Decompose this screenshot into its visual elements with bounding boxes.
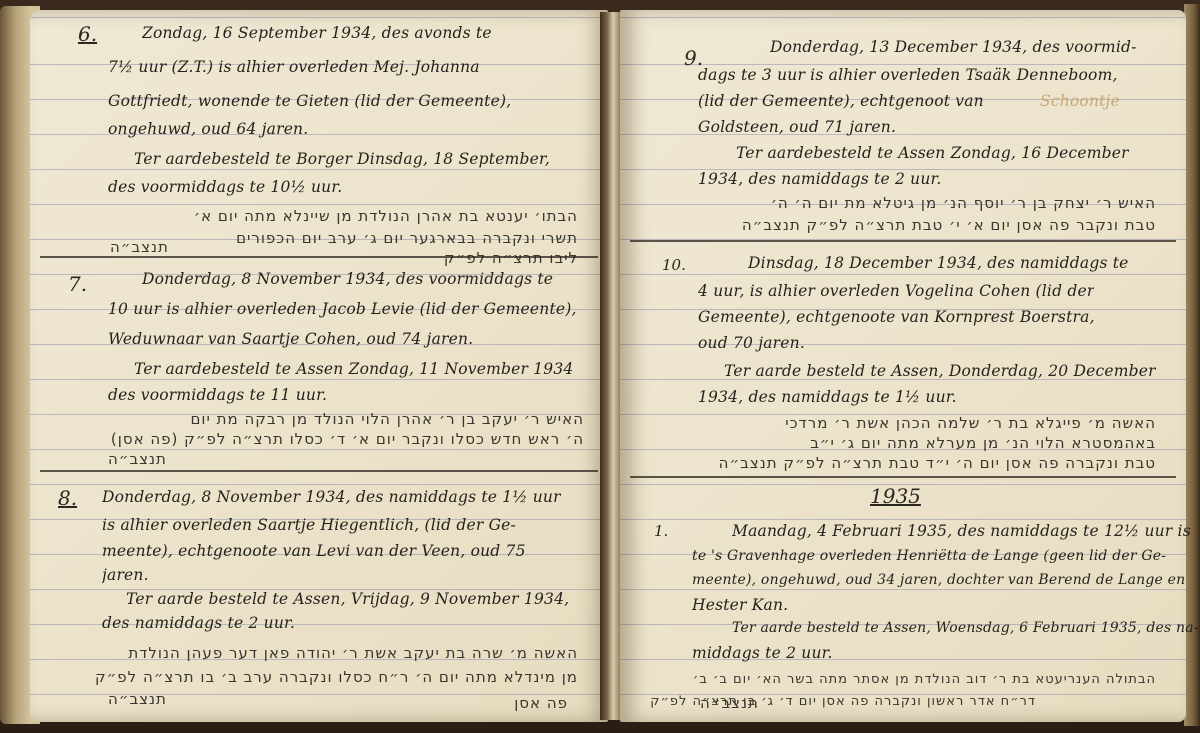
entry-number: 10.	[662, 256, 686, 274]
hebrew-closing: תנצב״ה	[108, 450, 167, 468]
entry-text-line: Weduwnaar van Saartje Cohen, oud 74 jare…	[108, 330, 473, 348]
entry-text-line: Maandag, 4 Februari 1935, des namiddags …	[732, 522, 1191, 540]
entry-text-line: middags te 2 uur.	[692, 644, 833, 662]
entry-text-line: Ter aarde besteld te Assen, Woensdag, 6 …	[732, 620, 1199, 636]
hebrew-closing: תנצב״ה	[108, 690, 167, 708]
hebrew-text-line: באהמסטרא הלוי הנ׳ מן מערלא מתה יום ג׳ י״…	[810, 434, 1156, 452]
hebrew-place: פה אסן	[514, 694, 568, 712]
entry-text-line: is alhier overleden Saartje Hiegentlich,…	[102, 516, 516, 534]
entry-number: 8.	[58, 486, 77, 510]
entry-divider	[630, 476, 1176, 478]
book-cover-right-edge	[1184, 4, 1200, 726]
hebrew-text-line: האשה מ׳ פייגלא בת ר׳ שלמה הכהן אשת ר׳ מר…	[785, 414, 1156, 432]
register-entry-6: 6. Zondag, 16 September 1934, des avonds…	[30, 10, 608, 255]
entry-text-line: des namiddags te 2 uur.	[102, 614, 295, 632]
entry-text-line: Ter aarde besteld te Assen, Vrijdag, 9 N…	[126, 590, 569, 608]
entry-text-line: dags te 3 uur is alhier overleden Tsaäk …	[698, 66, 1118, 84]
pencil-added-name: Schoontje	[1040, 92, 1120, 110]
entry-text-line: 4 uur, is alhier overleden Vogelina Cohe…	[698, 282, 1094, 300]
entry-text-line: Donderdag, 8 November 1934, des voormidd…	[142, 270, 553, 288]
entry-text-line: Goldsteen, oud 71 jaren.	[698, 118, 896, 136]
entry-text-line: 10 uur is alhier overleden Jacob Levie (…	[108, 300, 577, 318]
entry-text-line: te 's Gravenhage overleden Henriëtta de …	[692, 548, 1166, 564]
register-entry-8: 8. Donderdag, 8 November 1934, des namid…	[30, 474, 608, 722]
year-heading: 1935	[870, 484, 921, 508]
register-entry-10: 10. Dinsdag, 18 December 1934, des namid…	[620, 244, 1186, 476]
hebrew-closing: תנצב״ה	[700, 694, 759, 712]
hebrew-text-line: האיש ר׳ יצחק בן ר׳ יוסף הנ׳ מן גיטלא מת …	[771, 194, 1156, 212]
entry-text-line: meente), ongehuwd, oud 34 jaren, dochter…	[692, 572, 1185, 588]
entry-text-line: 1934, des namiddags te 1½ uur.	[698, 388, 957, 406]
entry-text-line: meente), echtgenoote van Levi van der Ve…	[102, 542, 526, 560]
hebrew-text-line: טבת ונקבר פה אסן יום א׳ י׳ טבת תרצ״ה לפ״…	[742, 216, 1156, 234]
entry-text-line: Ter aardebesteld te Assen Zondag, 16 Dec…	[736, 144, 1129, 162]
hebrew-text-line: הבתו׳ יענטא בת אהרן הנולדת מן שיינלא מתה…	[194, 207, 578, 225]
entry-text-line: des voormiddags te 11 uur.	[108, 386, 327, 404]
entry-divider	[630, 240, 1176, 242]
entry-text-line: Dinsdag, 18 December 1934, des namiddags…	[748, 254, 1129, 272]
entry-text-line: Ter aarde besteld te Assen, Donderdag, 2…	[724, 362, 1156, 380]
hebrew-text-line: תשרי ונקברה בבארגער יום ג׳ ערב יום הכפור…	[236, 229, 578, 247]
open-register-book: 6. Zondag, 16 September 1934, des avonds…	[0, 0, 1200, 733]
entry-number: 7.	[68, 272, 87, 296]
register-entry-7: 7. Donderdag, 8 November 1934, des voorm…	[30, 260, 608, 472]
entry-text-line: oud 70 jaren.	[698, 334, 805, 352]
entry-text-line: Donderdag, 8 November 1934, des namiddag…	[102, 488, 561, 506]
entry-divider	[40, 470, 598, 472]
entry-text-line: 1934, des namiddags te 2 uur.	[698, 170, 942, 188]
entry-text-line: Gemeente), echtgenoote van Kornprest Boe…	[698, 308, 1095, 326]
hebrew-text-line: ה׳ ראש חדש כסלו ונקבר יום א׳ ד׳ כסלו תרצ…	[111, 430, 584, 448]
right-page: 9. Donderdag, 13 December 1934, des voor…	[620, 10, 1186, 722]
hebrew-closing: תנצב״ה	[110, 238, 169, 256]
entry-text-line: 7½ uur (Z.T.) is alhier overleden Mej. J…	[108, 58, 480, 76]
register-entry-9: 9. Donderdag, 13 December 1934, des voor…	[620, 10, 1186, 238]
hebrew-text-line: הבתולה הענריעטא בת ר׳ דוב הנולדת מן אסתר…	[693, 672, 1156, 687]
entry-number: 1.	[654, 522, 668, 540]
entry-text-line: jaren.	[102, 566, 149, 584]
entry-number: 6.	[78, 22, 97, 46]
entry-text-line: ongehuwd, oud 64 jaren.	[108, 120, 308, 138]
entry-divider	[40, 256, 598, 258]
entry-text-line: (lid der Gemeente), echtgenoot van	[698, 92, 984, 110]
register-entry-1935-1: 1. Maandag, 4 Februari 1935, des namidda…	[620, 510, 1186, 722]
hebrew-text-line: האיש ר׳ יעקב בן ר׳ אהרן הלוי הנולד מן רב…	[190, 410, 584, 428]
entry-text-line: Gottfriedt, wonende te Gieten (lid der G…	[108, 92, 511, 110]
hebrew-text-line: מן מינדלא מתה יום ה׳ ר״ח כסלו ונקברה ערב…	[95, 668, 578, 686]
left-page: 6. Zondag, 16 September 1934, des avonds…	[30, 10, 608, 722]
entry-text-line: Hester Kan.	[692, 596, 788, 614]
entry-text-line: Ter aardebesteld te Assen Zondag, 11 Nov…	[134, 360, 573, 378]
hebrew-text-line: האשה מ׳ שרה בת יעקב אשת ר׳ יהודה פאן דער…	[128, 644, 578, 662]
entry-text-line: Zondag, 16 September 1934, des avonds te	[142, 24, 492, 42]
hebrew-text-line: טבת ונקברה פה אסן יום ה׳ י״ד טבת תרצ״ה ל…	[719, 454, 1156, 472]
entry-text-line: des voormiddags te 10½ uur.	[108, 178, 342, 196]
entry-text-line: Ter aardebesteld te Borger Dinsdag, 18 S…	[134, 150, 550, 168]
entry-text-line: Donderdag, 13 December 1934, des voormid…	[770, 38, 1137, 56]
